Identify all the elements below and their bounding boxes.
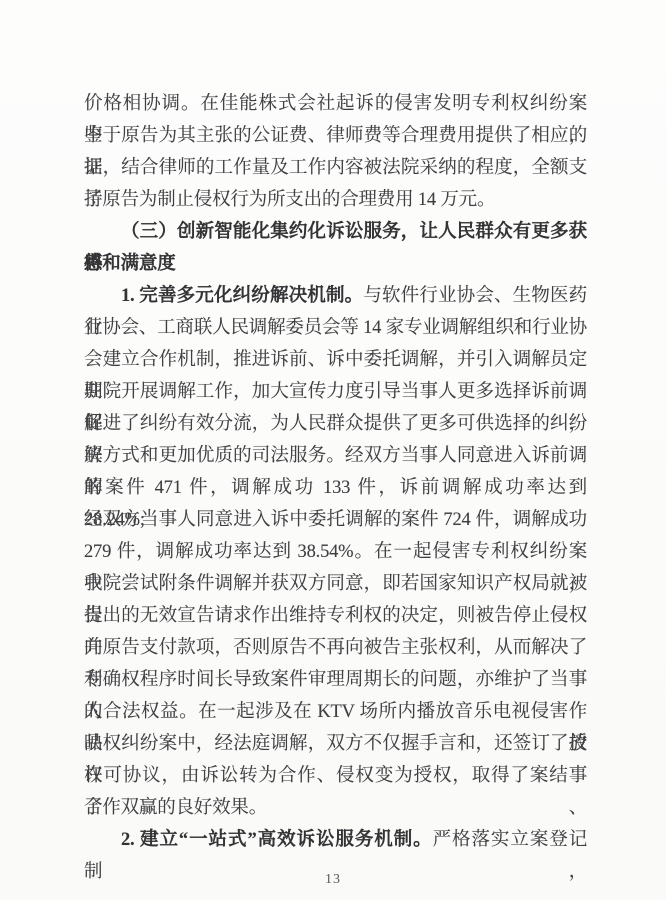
text-line: 业协会、工商联人民调解委员会等 14 家专业调解组织和行业协 <box>84 312 587 344</box>
text-run: 合作双赢的良好效果。 <box>84 798 267 818</box>
text-line: 利确权程序时间长导致案件审理周期长的问题，亦维护了当事人 <box>84 664 587 696</box>
text-line: 映权纠纷案中，经法庭调解，双方不仅握手言和，还签订了授权 <box>84 728 587 760</box>
text-line-heading: 1. 完善多元化纠纷解决机制。与软件行业协会、生物医药行 <box>84 280 587 312</box>
text-line: 鉴于原告为其主张的公证费、律师费等合理费用提供了相应的证 <box>84 120 587 152</box>
bold-run: 2. 建立“一站式”高效诉讼服务机制。 <box>121 830 433 850</box>
bold-run: 1. 完善多元化纠纷解决机制。 <box>121 286 363 306</box>
text-line: 的合法权益。在一起涉及在 KTV 场所内播放音乐电视侵害作品放 <box>84 696 587 728</box>
text-line: 向原告支付款项，否则原告不再向被告主张权利，从而解决了专 <box>84 632 587 664</box>
text-line-heading: （三）创新智能化集约化诉讼服务，让人民群众有更多获得 <box>84 216 587 248</box>
scanned-document-page: 价格相协调。在佳能株式会社起诉的侵害发明专利权纠纷案中，鉴于原告为其主张的公证费… <box>0 0 666 900</box>
text-line: 决方式和更加优质的司法服务。经双方当事人同意进入诉前调解 <box>84 440 587 472</box>
text-line: 了原告为制止侵权行为所支出的合理费用 14 万元。 <box>84 184 587 216</box>
text-line: 驻院开展调解工作，加大宣传力度引导当事人更多选择诉前调解， <box>84 376 587 408</box>
text-line: 提出的无效宣告请求作出维持专利权的决定，则被告停止侵权并 <box>84 600 587 632</box>
text-line-heading: 2. 建立“一站式”高效诉讼服务机制。严格落实立案登记制， <box>84 824 587 856</box>
text-line: 会建立合作机制，推进诉前、诉中委托调解，并引入调解员定期 <box>84 344 587 376</box>
text-line: 据，结合律师的工作量及工作内容被法院采纳的程度，全额支持 <box>84 152 587 184</box>
text-run: 了原告为制止侵权行为所支出的合理费用 14 万元。 <box>84 190 495 210</box>
text-line: 279 件，调解成功率达到 38.54%。在一起侵害专利权纠纷案中， <box>84 536 587 568</box>
document-body: 价格相协调。在佳能株式会社起诉的侵害发明专利权纠纷案中，鉴于原告为其主张的公证费… <box>84 88 587 856</box>
text-line: 我院尝试附条件调解并获双方同意，即若国家知识产权局就被告 <box>84 568 587 600</box>
text-line: 许可协议，由诉讼转为合作、侵权变为授权，取得了案结事了、 <box>84 760 587 792</box>
text-run: 经双方当事人同意进入诉中委托调解的案件 724 件，调解成功 <box>84 510 587 530</box>
text-line: 促进了纠纷有效分流，为人民群众提供了更多可供选择的纠纷解 <box>84 408 587 440</box>
text-line: 的案件 471 件，调解成功 133 件，诉前调解成功率达到 28.24%; <box>84 472 587 504</box>
text-line: 经双方当事人同意进入诉中委托调解的案件 724 件，调解成功 <box>84 504 587 536</box>
text-run: 业协会、工商联人民调解委员会等 14 家专业调解组织和行业协 <box>84 318 587 338</box>
bold-run: 感和满意度 <box>84 254 176 274</box>
text-line: 价格相协调。在佳能株式会社起诉的侵害发明专利权纠纷案中， <box>84 88 587 120</box>
text-line-heading: 感和满意度 <box>84 248 587 280</box>
page-number: 13 <box>0 872 666 888</box>
